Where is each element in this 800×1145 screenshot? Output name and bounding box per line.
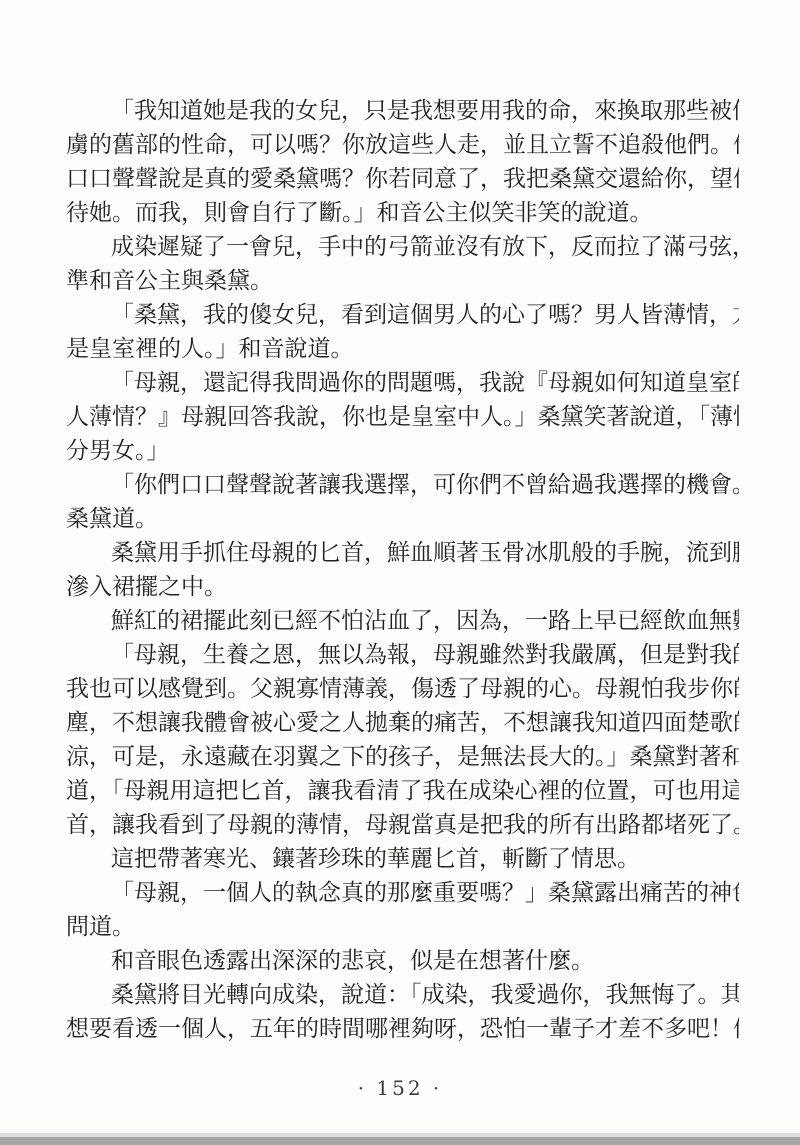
text-line: 待她。而我，則會自行了斷。」和音公主似笑非笑的說道。 (66, 196, 739, 230)
text-line: 這把帶著寒光、鑲著珍珠的華麗匕首，斬斷了情思。 (66, 842, 739, 876)
text-line: 準和音公主與桑黛。 (66, 264, 739, 298)
text-line: 塵，不想讓我體會被心愛之人拋棄的痛苦，不想讓我知道四面楚歌的淒 (66, 706, 739, 740)
text-line: 桑黛將目光轉向成染，說道：「成染，我愛過你，我無悔了。其實 (66, 978, 739, 1012)
page-number: · 152 · (0, 1076, 800, 1100)
text-line: 鮮紅的裙擺此刻已經不怕沾血了，因為，一路上早已經飲血無數。 (66, 604, 739, 638)
text-line: 是皇室裡的人。」和音說道。 (66, 332, 739, 366)
text-line: 分男女。」 (66, 434, 739, 468)
text-line: 「母親，生養之恩，無以為報，母親雖然對我嚴厲，但是對我的好， (66, 638, 739, 672)
text-line: 想要看透一個人，五年的時間哪裡夠呀，恐怕一輩子才差不多吧！但是我 (66, 1012, 739, 1046)
text-line: 桑黛道。 (66, 502, 739, 536)
text-line: 和音眼色透露出深深的悲哀，似是在想著什麼。 (66, 944, 739, 978)
text-line: 桑黛用手抓住母親的匕首，鮮血順著玉骨冰肌般的手腕，流到腳下， (66, 536, 739, 570)
book-page: 「我知道她是我的女兒，只是我想要用我的命，來換取那些被你俘 虜的舊部的性命，可以… (0, 0, 800, 1145)
text-line: 「母親，一個人的執念真的那麼重要嗎？」桑黛露出痛苦的神色， (66, 876, 739, 910)
scan-edge-bar-dark (0, 1137, 800, 1145)
text-line: 成染遲疑了一會兒，手中的弓箭並沒有放下，反而拉了滿弓弦，對 (66, 230, 739, 264)
text-line: 涼，可是，永遠藏在羽翼之下的孩子，是無法長大的。」桑黛對著和音 (66, 740, 739, 774)
text-line: 「我知道她是我的女兒，只是我想要用我的命，來換取那些被你俘 (66, 94, 739, 128)
text-line: 首，讓我看到了母親的薄情，母親當真是把我的所有出路都堵死了。」 (66, 808, 739, 842)
text-line: 口口聲聲說是真的愛桑黛嗎？你若同意了，我把桑黛交還給你，望你好好 (66, 162, 739, 196)
text-line: 人薄情？』母親回答我說，你也是皇室中人。」桑黛笑著說道，「薄情不 (66, 400, 739, 434)
text-line: 滲入裙擺之中。 (66, 570, 739, 604)
text-line: 問道。 (66, 910, 739, 944)
scan-edge-bar (0, 1133, 800, 1145)
text-line: 「桑黛，我的傻女兒，看到這個男人的心了嗎？男人皆薄情，尤其 (66, 298, 739, 332)
text-line: 我也可以感覺到。父親寡情薄義，傷透了母親的心。母親怕我步你的後 (66, 672, 739, 706)
text-line: 「你們口口聲聲說著讓我選擇，可你們不曾給過我選擇的機會。」 (66, 468, 739, 502)
text-line: 虜的舊部的性命，可以嗎？你放這些人走，並且立誓不追殺他們。你不是 (66, 128, 739, 162)
text-line: 道，「母親用這把匕首，讓我看清了我在成染心裡的位置，可也用這把匕 (66, 774, 739, 808)
text-line: 「母親，還記得我問過你的問題嗎，我說『母親如何知道皇室的男 (66, 366, 739, 400)
text-block: 「我知道她是我的女兒，只是我想要用我的命，來換取那些被你俘 虜的舊部的性命，可以… (66, 94, 739, 1046)
